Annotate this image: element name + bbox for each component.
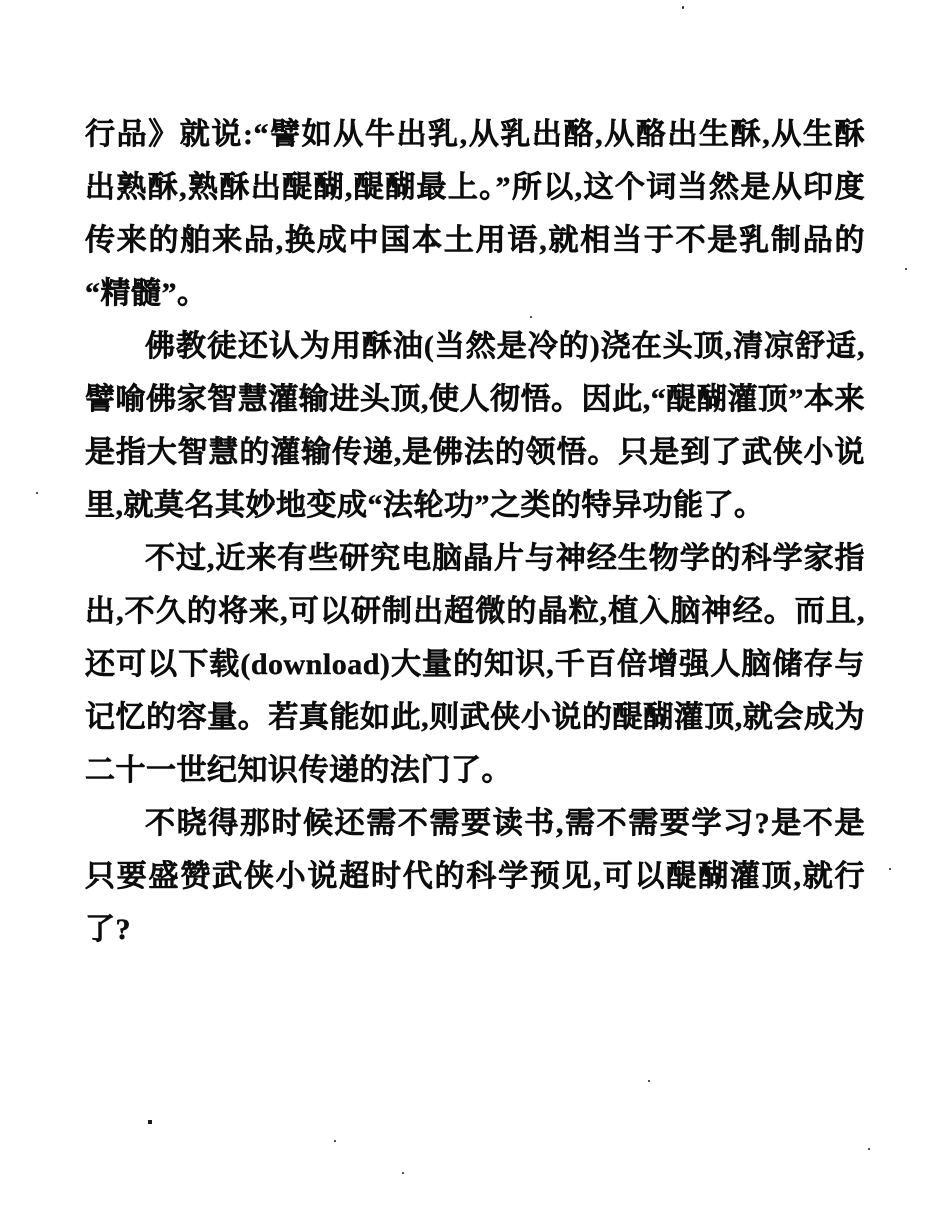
scan-speck bbox=[288, 142, 290, 144]
scan-speck bbox=[402, 1172, 404, 1174]
paragraph-1: 行品》就说:“譬如从牛出乳,从乳出酪,从酪出生酥,从生酥出熟酥,熟酥出醍醐,醍醐… bbox=[85, 108, 865, 320]
scan-speck bbox=[334, 1140, 336, 1142]
scanned-page: 行品》就说:“譬如从牛出乳,从乳出酪,从酪出生酥,从生酥出熟酥,熟酥出醍醐,醍醐… bbox=[0, 0, 928, 1212]
scan-speck bbox=[36, 492, 38, 494]
scan-speck bbox=[889, 868, 891, 870]
scan-speck bbox=[148, 1120, 152, 1124]
scan-speck bbox=[682, 6, 684, 9]
text-block: 行品》就说:“譬如从牛出乳,从乳出酪,从酪出生酥,从生酥出熟酥,熟酥出醍醐,醍醐… bbox=[85, 108, 865, 956]
scan-speck bbox=[530, 316, 532, 318]
scan-speck bbox=[905, 268, 907, 270]
scan-speck bbox=[658, 598, 660, 600]
scan-speck bbox=[648, 1080, 650, 1082]
paragraph-3: 不过,近来有些研究电脑晶片与神经生物学的科学家指出,不久的将来,可以研制出超微的… bbox=[85, 532, 865, 797]
scan-speck bbox=[868, 1148, 870, 1150]
paragraph-4: 不晓得那时候还需不需要读书,需不需要学习?是不是只要盛赞武侠小说超时代的科学预见… bbox=[85, 797, 865, 956]
paragraph-2: 佛教徒还认为用酥油(当然是冷的)浇在头顶,清凉舒适,譬喻佛家智慧灌输进头顶,使人… bbox=[85, 320, 865, 532]
